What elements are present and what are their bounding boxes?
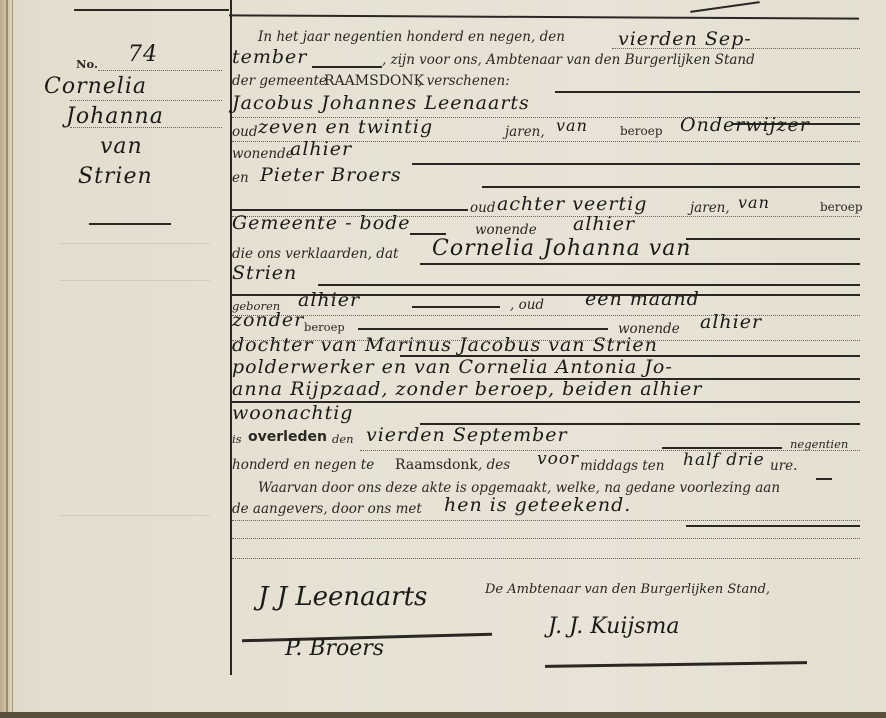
parents-line-3: anna Rijpzaad, zonder beroep, beiden alh…: [232, 378, 702, 400]
fill-rule: [555, 91, 860, 93]
signature-declarant2: P. Broers: [285, 636, 384, 661]
top-rule: [229, 14, 859, 19]
fill-rule: [410, 233, 446, 235]
hw-voor: voor: [537, 449, 579, 469]
printed-text: en: [232, 170, 249, 186]
binding-edge: [6, 0, 8, 718]
deceased-age: een maand: [585, 288, 700, 310]
printed-text: ure.: [770, 458, 797, 474]
printed-text: jaren,: [505, 124, 545, 140]
fill-rule: [412, 163, 860, 165]
margin-name-2: Johanna: [66, 104, 164, 129]
printed-text: jaren,: [690, 200, 730, 216]
top-rule-left: [74, 9, 229, 11]
signature-declarant1: J J Leenaarts: [258, 582, 427, 612]
death-date: vierden September: [366, 424, 568, 446]
fill-rule: [686, 525, 860, 527]
page-bottom-edge: [0, 712, 886, 718]
declarant1-name: Jacobus Johannes Leenaarts: [232, 92, 530, 114]
stray-stroke: [690, 1, 760, 13]
margin-name-3: van: [100, 134, 143, 159]
deceased-name: Cornelia Johanna van: [432, 236, 691, 261]
fill-line: [232, 558, 860, 559]
fill-rule: [686, 238, 860, 240]
signing-note: hen is geteekend.: [444, 494, 631, 516]
printed-text: oud: [232, 124, 257, 140]
printed-text: , zijn voor ons, Ambtenaar van den Burge…: [382, 52, 755, 68]
birthplace: alhier: [298, 289, 360, 311]
number-dotted-line: [98, 70, 222, 71]
parents-line-2: polderwerker en van Cornelia Antonia Jo-: [232, 356, 673, 378]
printed-text: , des: [478, 457, 510, 473]
fill-rule: [482, 186, 860, 188]
margin-name-4: Strien: [78, 164, 153, 189]
margin-dotted-line: [70, 100, 222, 101]
deceased-residence: alhier: [700, 311, 762, 333]
fill-rule: [232, 209, 468, 211]
printed-text: , oud: [510, 297, 544, 313]
declarant1-age: zeven en twintig: [258, 116, 433, 138]
overleden-label: overleden: [248, 429, 327, 445]
hw-van: van: [738, 193, 770, 212]
municipality-name: RAAMSDONK: [324, 73, 424, 89]
declarant2-name: Pieter Broers: [260, 164, 402, 186]
parents-line-4: woonachtig: [232, 402, 353, 424]
fill-line: [232, 315, 860, 316]
fill-line: [360, 450, 860, 451]
death-time: half drie: [683, 450, 765, 470]
margin-rule: [60, 280, 210, 281]
printed-text: wonende: [232, 146, 294, 162]
deceased-name-cont: Strien: [232, 262, 297, 284]
fill-rule: [312, 66, 382, 68]
printed-text: der gemeente: [232, 73, 327, 89]
printed-text: negentien: [790, 437, 848, 451]
declarant1-residence: alhier: [290, 138, 352, 160]
date-continued: tember: [232, 46, 307, 68]
record-number: 74: [128, 42, 158, 67]
printed-text: die ons verklaarden, dat: [232, 246, 398, 262]
margin-end-rule: [89, 223, 171, 225]
binding-edge-inner: [12, 0, 13, 718]
printed-text: is: [232, 432, 242, 446]
printed-text: beroep: [620, 124, 663, 138]
printed-text: In het jaar negentien honderd en negen, …: [258, 29, 565, 45]
fill-line: [232, 520, 860, 521]
death-place: Raamsdonk: [395, 457, 478, 473]
margin-rule: [60, 515, 210, 516]
number-label: No.: [76, 57, 98, 71]
fill-line: [232, 538, 860, 539]
fill-rule: [420, 263, 860, 265]
official-title: De Ambtenaar van den Burgerlijken Stand,: [485, 582, 770, 597]
printed-text: oud: [470, 200, 495, 216]
fill-rule: [412, 306, 500, 308]
declarant1-occupation: Onderwijzer: [680, 114, 810, 136]
declarant2-residence: alhier: [573, 213, 635, 235]
printed-text: den: [332, 432, 354, 446]
hw-zonder: zonder: [232, 309, 304, 331]
declarant2-occupation: Gemeente - bode: [232, 212, 411, 234]
margin-rule: [60, 243, 210, 244]
printed-text: middags ten: [580, 458, 664, 474]
parents-line-1: dochter van Marinus Jacobus van Strien: [232, 334, 658, 356]
signature-official: J. J. Kuijsma: [548, 614, 679, 639]
margin-name-1: Cornelia: [44, 74, 147, 99]
declarant2-age: achter veertig: [497, 193, 647, 215]
printed-text: beroep: [820, 200, 863, 214]
hw-van: van: [556, 116, 588, 135]
printed-text: de aangevers, door ons met: [232, 501, 422, 517]
fill-rule: [318, 284, 860, 286]
fill-rule: [358, 328, 608, 330]
printed-text: , verschenen:: [418, 73, 510, 89]
signature-underline: [545, 661, 807, 668]
printed-text: honderd en negen te: [232, 457, 374, 473]
fill-rule: [662, 447, 782, 449]
fill-rule: [816, 478, 832, 480]
date-handwritten: vierden Sep-: [618, 28, 752, 50]
register-page: No. 74 Cornelia Johanna van Strien In he…: [0, 0, 886, 718]
printed-text: beroep: [304, 320, 345, 334]
margin-dotted-line: [70, 127, 222, 128]
